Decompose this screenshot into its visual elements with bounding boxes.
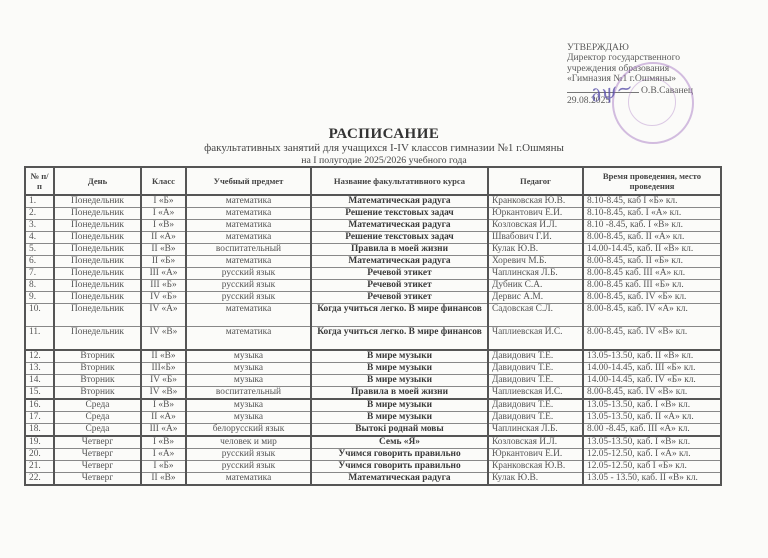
cell-class: I «В» <box>141 399 186 412</box>
cell-teacher: Садовская С.Л. <box>488 304 583 327</box>
cell-time: 8.00 -8.45, каб. III «А» кл. <box>583 424 721 437</box>
cell-teacher: Юркантович Е.И. <box>488 208 583 220</box>
cell-day: Понедельник <box>54 268 141 280</box>
table-row: 2.ПонедельникI «А»математикаРешение текс… <box>25 208 721 220</box>
cell-class: II «В» <box>141 244 186 256</box>
cell-class: III «А» <box>141 424 186 437</box>
cell-subject: музыка <box>186 399 311 412</box>
cell-day: Среда <box>54 399 141 412</box>
cell-day: Четверг <box>54 436 141 449</box>
header-subject: Учебный предмет <box>186 167 311 195</box>
cell-teacher: Давидович Т.Е. <box>488 363 583 375</box>
cell-course: Речевой этикет <box>311 292 488 304</box>
cell-day: Вторник <box>54 350 141 363</box>
cell-subject: математика <box>186 208 311 220</box>
cell-time: 8.00-8.45, каб. II «А» кл. <box>583 232 721 244</box>
cell-day: Четверг <box>54 449 141 461</box>
cell-num: 7. <box>25 268 54 280</box>
cell-course: В мире музыки <box>311 399 488 412</box>
cell-day: Четверг <box>54 461 141 473</box>
cell-teacher: Давидович Т.Е. <box>488 412 583 424</box>
cell-class: II «А» <box>141 412 186 424</box>
cell-teacher: Чаплинская Л.Б. <box>488 424 583 437</box>
header-day: День <box>54 167 141 195</box>
cell-num: 10. <box>25 304 54 327</box>
cell-num: 3. <box>25 220 54 232</box>
cell-teacher: Кранковская Ю.В. <box>488 195 583 208</box>
cell-course: Когда учиться легко. В мире финансов <box>311 304 488 327</box>
table-row: 1.ПонедельникI «Б»математикаМатематическ… <box>25 195 721 208</box>
cell-course: Речевой этикет <box>311 268 488 280</box>
cell-subject: математика <box>186 232 311 244</box>
cell-num: 18. <box>25 424 54 437</box>
cell-class: II «В» <box>141 350 186 363</box>
cell-course: Математическая радуга <box>311 473 488 486</box>
header-num: № п/п <box>25 167 54 195</box>
cell-class: II «В» <box>141 473 186 486</box>
cell-time: 13.05-13.50, каб. I «В» кл. <box>583 436 721 449</box>
cell-num: 20. <box>25 449 54 461</box>
cell-teacher: Дервис А.М. <box>488 292 583 304</box>
cell-time: 13.05-13.50, каб. II «А» кл. <box>583 412 721 424</box>
cell-time: 8.10-8.45, каб. I «А» кл. <box>583 208 721 220</box>
table-row: 5.ПонедельникII «В»воспитательныйПравила… <box>25 244 721 256</box>
table-row: 21.ЧетвергI «Б»русский языкУчимся говори… <box>25 461 721 473</box>
table-row: 8.ПонедельникIII «Б»русский языкРечевой … <box>25 280 721 292</box>
table-row: 6.ПонедельникII «Б»математикаМатематичес… <box>25 256 721 268</box>
table-row: 7.ПонедельникIII «А»русский языкРечевой … <box>25 268 721 280</box>
table-row: 13.ВторникIII«Б»музыкаВ мире музыкиДавид… <box>25 363 721 375</box>
cell-day: Понедельник <box>54 327 141 351</box>
cell-course: Правила в моей жизни <box>311 244 488 256</box>
table-header-row: № п/п День Класс Учебный предмет Названи… <box>25 167 721 195</box>
header-time: Время проведения, место проведения <box>583 167 721 195</box>
cell-course: В мире музыки <box>311 363 488 375</box>
cell-teacher: Кулак Ю.В. <box>488 244 583 256</box>
cell-time: 8.00-8.45 каб. III «Б» кл. <box>583 280 721 292</box>
table-row: 3.ПонедельникI «В»математикаМатематическ… <box>25 220 721 232</box>
cell-course: Решение текстовых задач <box>311 208 488 220</box>
cell-course: В мире музыки <box>311 350 488 363</box>
cell-num: 14. <box>25 375 54 387</box>
cell-num: 6. <box>25 256 54 268</box>
cell-time: 8.10 -8.45, каб. I «В» кл. <box>583 220 721 232</box>
cell-class: I «А» <box>141 208 186 220</box>
cell-num: 5. <box>25 244 54 256</box>
cell-time: 8.00-8.45, каб. IV «Б» кл. <box>583 292 721 304</box>
table-row: 16.СредаI «В»музыкаВ мире музыкиДавидови… <box>25 399 721 412</box>
cell-day: Понедельник <box>54 256 141 268</box>
cell-class: III«Б» <box>141 363 186 375</box>
cell-time: 13.05 - 13.50, каб. II «В» кл. <box>583 473 721 486</box>
cell-teacher: Чаплинская Л.Б. <box>488 268 583 280</box>
cell-time: 8.00-8.45, каб. IV «А» кл. <box>583 304 721 327</box>
document-title: РАСПИСАНИЕ <box>0 126 768 143</box>
cell-teacher: Юркантович Е.И. <box>488 449 583 461</box>
cell-teacher: Давидович Т.Е. <box>488 375 583 387</box>
cell-time: 12.05-12.50, каб I «Б» кл. <box>583 461 721 473</box>
cell-teacher: Козловская И.Л. <box>488 436 583 449</box>
cell-time: 14.00-14.45, каб. II «В» кл. <box>583 244 721 256</box>
cell-time: 14.00-14.45, каб. III «Б» кл. <box>583 363 721 375</box>
cell-num: 1. <box>25 195 54 208</box>
cell-course: Правила в моей жизни <box>311 387 488 400</box>
cell-subject: русский язык <box>186 292 311 304</box>
cell-time: 8.10-8.45, каб I «Б» кл. <box>583 195 721 208</box>
cell-subject: русский язык <box>186 268 311 280</box>
cell-subject: математика <box>186 304 311 327</box>
header-class: Класс <box>141 167 186 195</box>
cell-time: 8.00-8.45 каб. III «А» кл. <box>583 268 721 280</box>
cell-num: 13. <box>25 363 54 375</box>
cell-subject: математика <box>186 256 311 268</box>
cell-subject: музыка <box>186 350 311 363</box>
cell-day: Вторник <box>54 387 141 400</box>
cell-subject: математика <box>186 327 311 351</box>
cell-time: 8.00-8.45, каб. II «Б» кл. <box>583 256 721 268</box>
cell-subject: русский язык <box>186 280 311 292</box>
table-row: 11.ПонедельникIV «В»математикаКогда учит… <box>25 327 721 351</box>
cell-teacher: Чаплиевская И.С. <box>488 387 583 400</box>
cell-num: 21. <box>25 461 54 473</box>
cell-subject: музыка <box>186 363 311 375</box>
cell-time: 13.05-13.50, каб. I «В» кл. <box>583 399 721 412</box>
cell-teacher: Чаплиевская И.С. <box>488 327 583 351</box>
cell-subject: математика <box>186 473 311 486</box>
cell-num: 4. <box>25 232 54 244</box>
cell-num: 17. <box>25 412 54 424</box>
cell-day: Понедельник <box>54 195 141 208</box>
cell-time: 13.05-13.50, каб. II «В» кл. <box>583 350 721 363</box>
cell-time: 8.00-8.45, каб. IV «В» кл. <box>583 387 721 400</box>
schedule-table: № п/п День Класс Учебный предмет Названи… <box>24 166 722 486</box>
table-row: 14.ВторникIV «Б»музыкаВ мире музыкиДавид… <box>25 375 721 387</box>
cell-teacher: Давидович Т.Е. <box>488 350 583 363</box>
cell-course: Когда учиться легко. В мире финансов <box>311 327 488 351</box>
cell-teacher: Швабович Г.И. <box>488 232 583 244</box>
cell-time: 12.05-12.50, каб. I «А» кл. <box>583 449 721 461</box>
cell-num: 15. <box>25 387 54 400</box>
cell-teacher: Дубник С.А. <box>488 280 583 292</box>
cell-class: I «В» <box>141 220 186 232</box>
document-subtitle: факультативных занятий для учащихся I-IV… <box>0 142 768 154</box>
cell-num: 22. <box>25 473 54 486</box>
cell-class: IV «Б» <box>141 292 186 304</box>
cell-class: IV «В» <box>141 327 186 351</box>
cell-class: I «В» <box>141 436 186 449</box>
cell-time: 14.00-14.45, каб. IV «Б» кл. <box>583 375 721 387</box>
table-row: 4.ПонедельникII «А»математикаРешение тек… <box>25 232 721 244</box>
cell-course: Математическая радуга <box>311 220 488 232</box>
cell-day: Вторник <box>54 375 141 387</box>
header-teacher: Педагог <box>488 167 583 195</box>
cell-num: 2. <box>25 208 54 220</box>
cell-class: IV «В» <box>141 387 186 400</box>
cell-class: III «Б» <box>141 280 186 292</box>
cell-num: 9. <box>25 292 54 304</box>
cell-subject: математика <box>186 195 311 208</box>
cell-class: IV «Б» <box>141 375 186 387</box>
cell-day: Понедельник <box>54 244 141 256</box>
cell-subject: музыка <box>186 412 311 424</box>
cell-subject: белорусский язык <box>186 424 311 437</box>
table-row: 19.ЧетвергI «В»человек и мирСемь «Я»Козл… <box>25 436 721 449</box>
cell-class: II «А» <box>141 232 186 244</box>
cell-day: Четверг <box>54 473 141 486</box>
cell-subject: музыка <box>186 375 311 387</box>
cell-class: II «Б» <box>141 256 186 268</box>
table-row: 9.ПонедельникIV «Б»русский языкРечевой э… <box>25 292 721 304</box>
cell-num: 16. <box>25 399 54 412</box>
cell-class: I «Б» <box>141 461 186 473</box>
cell-course: Учимся говорить правильно <box>311 449 488 461</box>
cell-course: Речевой этикет <box>311 280 488 292</box>
cell-class: III «А» <box>141 268 186 280</box>
cell-teacher: Кранковская Ю.В. <box>488 461 583 473</box>
cell-day: Среда <box>54 424 141 437</box>
cell-day: Среда <box>54 412 141 424</box>
cell-num: 12. <box>25 350 54 363</box>
cell-course: Математическая радуга <box>311 195 488 208</box>
cell-day: Понедельник <box>54 220 141 232</box>
cell-course: Решение текстовых задач <box>311 232 488 244</box>
cell-teacher: Хоревич М.Б. <box>488 256 583 268</box>
cell-course: Семь «Я» <box>311 436 488 449</box>
cell-day: Понедельник <box>54 304 141 327</box>
cell-course: В мире музыки <box>311 375 488 387</box>
cell-time: 8.00-8.45, каб. IV «В» кл. <box>583 327 721 351</box>
cell-course: Вытокі роднай мовы <box>311 424 488 437</box>
cell-day: Вторник <box>54 363 141 375</box>
cell-subject: математика <box>186 220 311 232</box>
cell-subject: русский язык <box>186 461 311 473</box>
header-course: Название факультативного курса <box>311 167 488 195</box>
cell-class: I «А» <box>141 449 186 461</box>
cell-teacher: Козловская И.Л. <box>488 220 583 232</box>
cell-subject: воспитательный <box>186 244 311 256</box>
cell-course: Математическая радуга <box>311 256 488 268</box>
cell-teacher: Давидович Т.Е. <box>488 399 583 412</box>
table-row: 15.ВторникIV «В»воспитательныйПравила в … <box>25 387 721 400</box>
table-row: 22.ЧетвергII «В»математикаМатематическая… <box>25 473 721 486</box>
cell-day: Понедельник <box>54 280 141 292</box>
cell-day: Понедельник <box>54 232 141 244</box>
cell-subject: человек и мир <box>186 436 311 449</box>
table-row: 10.ПонедельникIV «А»математикаКогда учит… <box>25 304 721 327</box>
document-period: на I полугодие 2025/2026 учебного года <box>0 155 768 166</box>
cell-day: Понедельник <box>54 292 141 304</box>
cell-course: Учимся говорить правильно <box>311 461 488 473</box>
cell-course: В мире музыки <box>311 412 488 424</box>
cell-teacher: Кулак Ю.В. <box>488 473 583 486</box>
cell-subject: русский язык <box>186 449 311 461</box>
cell-subject: воспитательный <box>186 387 311 400</box>
cell-num: 11. <box>25 327 54 351</box>
table-row: 20.ЧетвергI «А»русский языкУчимся говори… <box>25 449 721 461</box>
table-row: 12.ВторникII «В»музыкаВ мире музыкиДавид… <box>25 350 721 363</box>
cell-num: 19. <box>25 436 54 449</box>
cell-num: 8. <box>25 280 54 292</box>
cell-class: IV «А» <box>141 304 186 327</box>
table-row: 18.СредаIII «А»белорусский языкВытокі ро… <box>25 424 721 437</box>
table-row: 17.СредаII «А»музыкаВ мире музыкиДавидов… <box>25 412 721 424</box>
cell-day: Понедельник <box>54 208 141 220</box>
cell-class: I «Б» <box>141 195 186 208</box>
